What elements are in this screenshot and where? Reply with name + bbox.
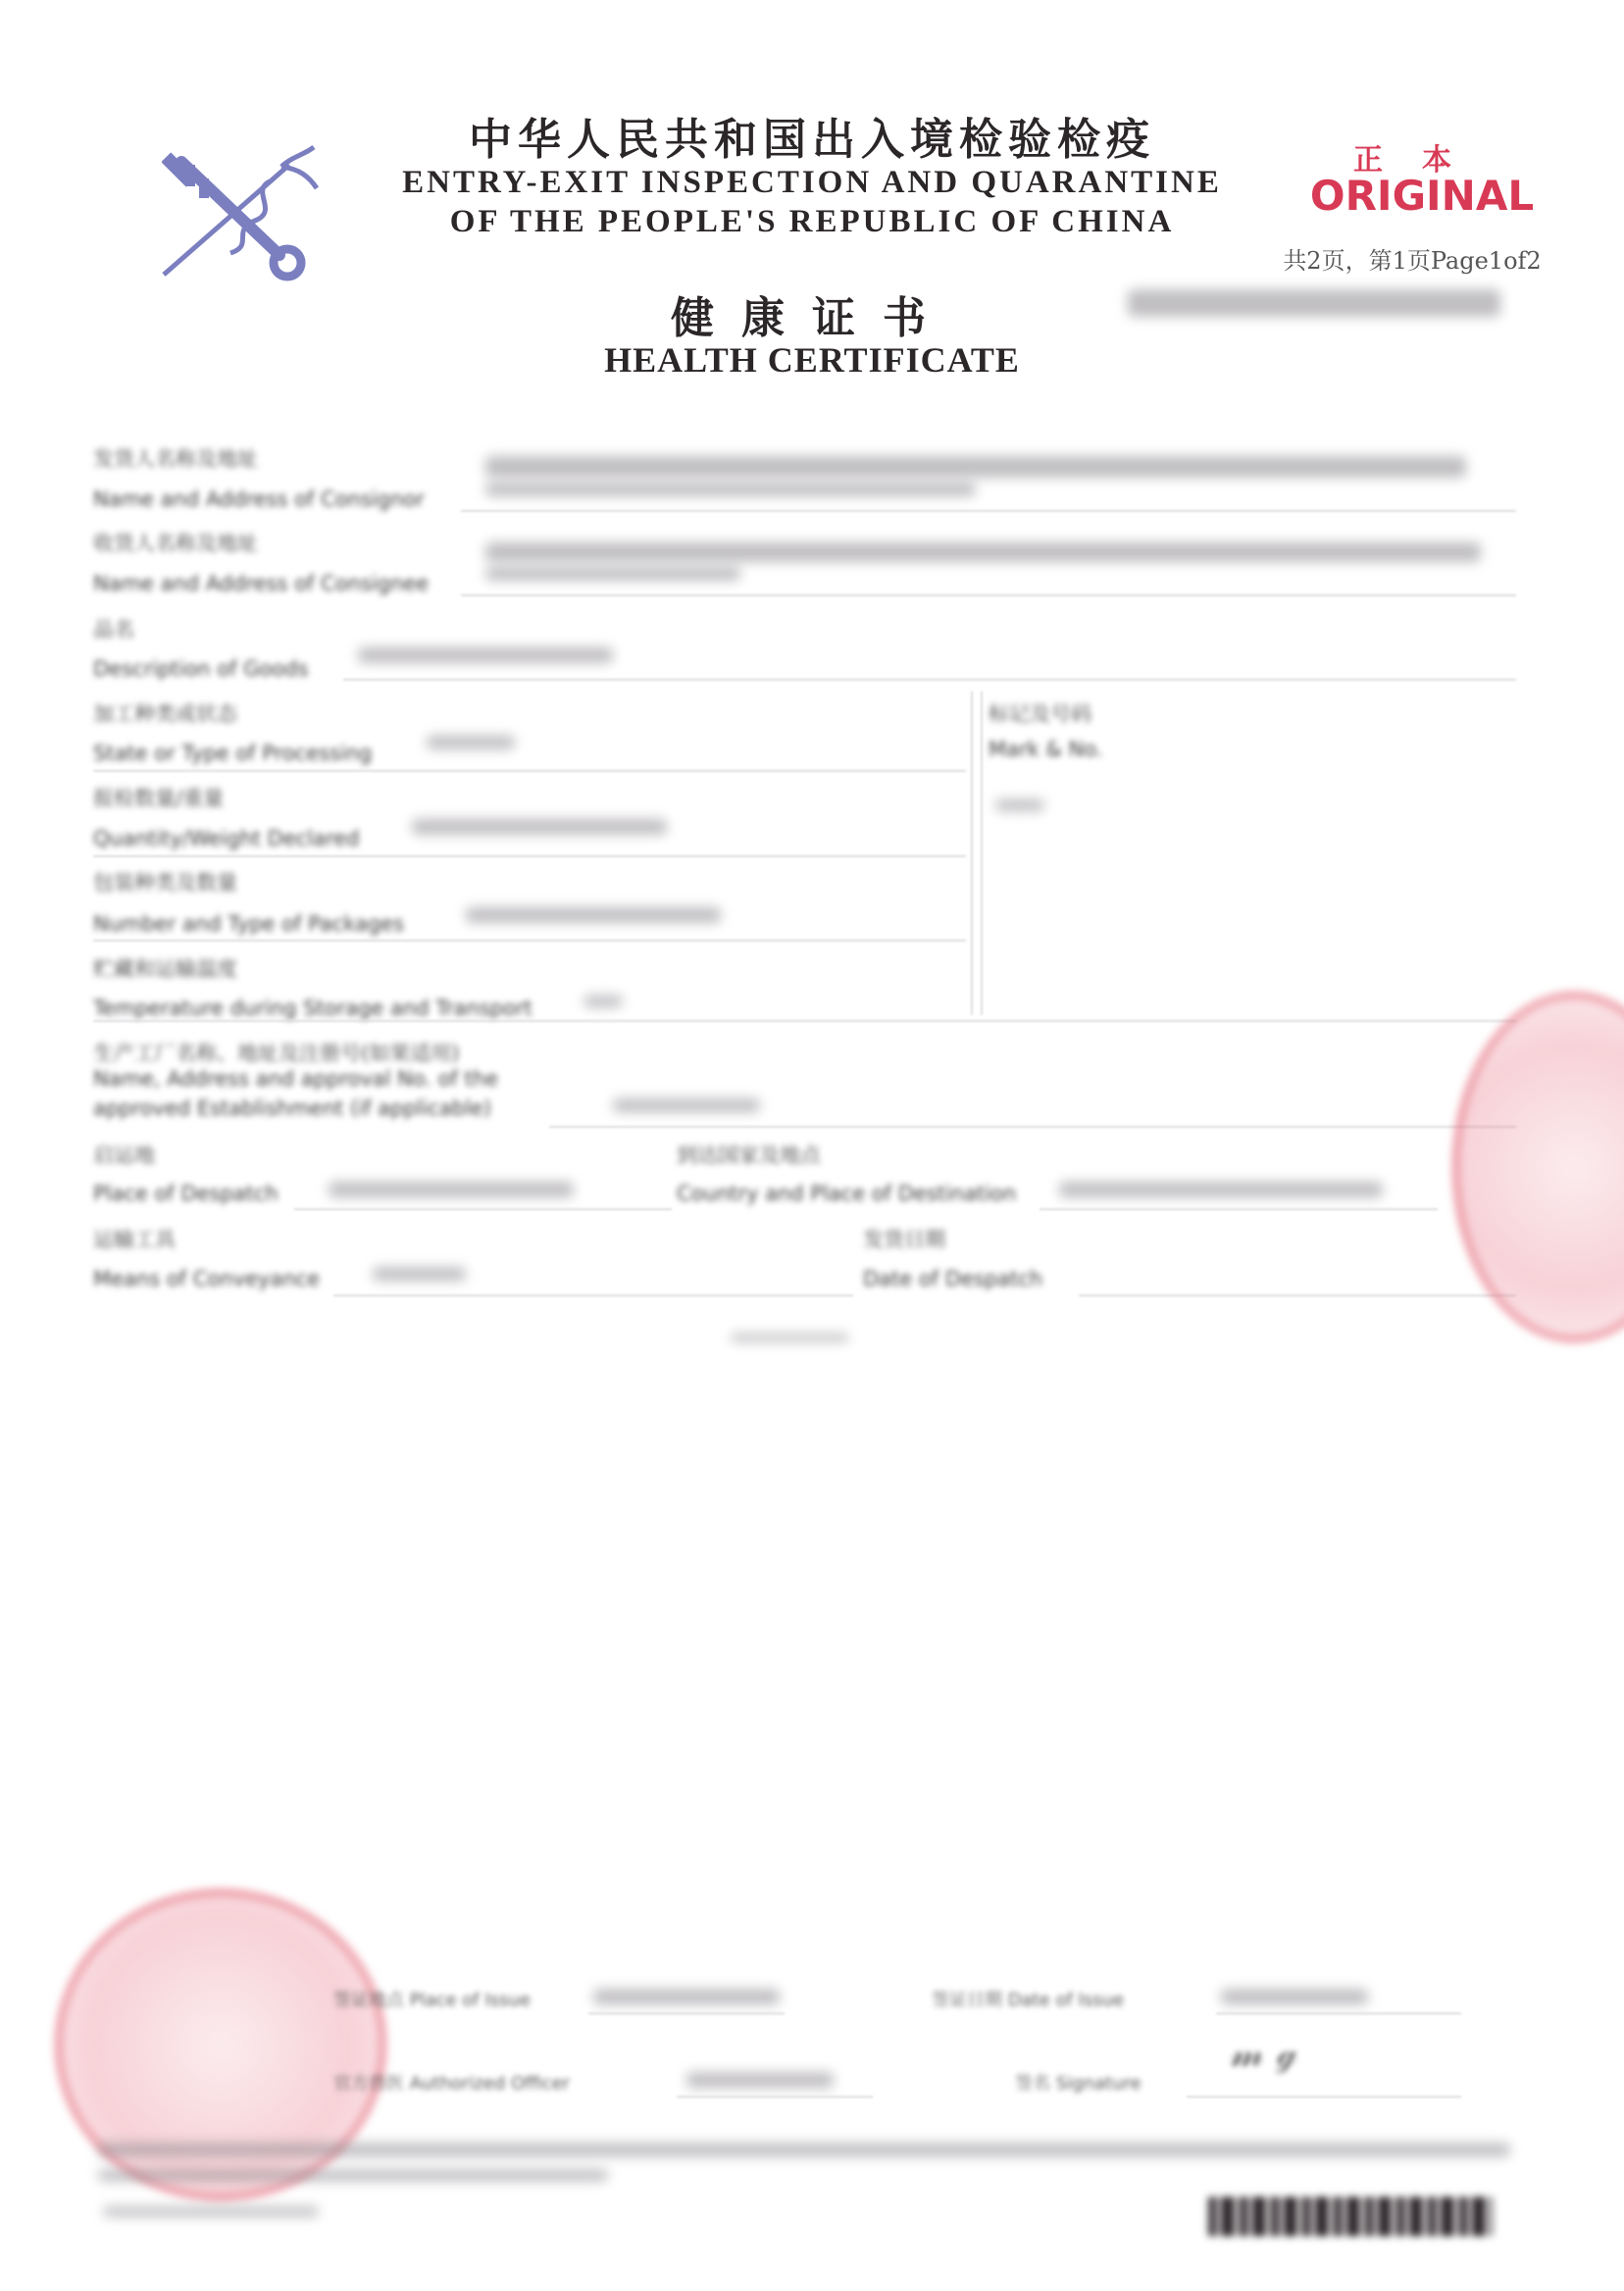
divider [93,855,966,857]
issue-place-value-redacted [593,1989,780,2005]
divider [677,2096,873,2098]
destination-value-redacted [1059,1182,1383,1197]
processing-label-cn: 加工种类或状态 [93,698,237,728]
certificate-title-en: HEALTH CERTIFICATE [0,339,1624,381]
divider [461,510,1516,512]
divider [1216,2012,1461,2014]
marks-label-cn: 标记及号码 [989,698,1091,728]
temperature-value-redacted [584,995,623,1007]
despatch-place-label-en: Place of Despatch [93,1182,279,1205]
packages-label-cn: 包装种类及数量 [93,867,237,896]
divider [93,1020,1516,1022]
despatch-date-label-en: Date of Despatch [863,1267,1042,1291]
packages-label-en: Number and Type of Packages [93,912,404,936]
consignee-value-line2-redacted [485,567,740,581]
temperature-label-en: Temperature during Storage and Transport [93,996,533,1020]
divider [549,1126,1516,1128]
consignor-label-cn: 发货人名称及地址 [93,443,258,473]
processing-value-redacted [427,736,515,749]
official-seal-right [1451,991,1624,1344]
page-indicator: 共2页，第1页Page1of2 [1206,241,1618,276]
processing-label-en: State or Type of Processing [93,741,372,765]
destination-label-en: Country and Place of Destination [677,1182,1016,1205]
divider [1040,1208,1438,1210]
divider [588,2012,785,2014]
issue-date-label: 签证日期 Date of Issue [932,1986,1124,2011]
disclaimer-line2-redacted [98,2169,608,2181]
conveyance-label-cn: 运输工具 [93,1224,176,1253]
establishment-label-en-2: approved Establishment (if applicable) [93,1096,491,1120]
despatch-place-label-cn: 启运地 [93,1140,155,1169]
temperature-label-cn: 贮藏和运输温度 [93,953,237,983]
conveyance-value-redacted [373,1267,466,1281]
consignor-value-line2-redacted [485,483,976,496]
original-mark-en: ORIGINAL [1245,172,1599,220]
quantity-label-cn: 报检数量/重量 [93,783,224,812]
marks-value-redacted [995,799,1044,811]
divider [1079,1295,1516,1297]
conveyance-label-en: Means of Conveyance [93,1267,320,1291]
form-code-redacted [103,2207,319,2216]
certificate-number-redacted [1128,289,1500,317]
consignee-label-cn: 收货人名称及地址 [93,528,258,557]
issue-place-label: 签证地点 Place of Issue [333,1986,531,2011]
issue-date-value-redacted [1221,1989,1368,2005]
packages-value-redacted [466,907,721,923]
quantity-label-en: Quantity/Weight Declared [93,827,359,850]
despatch-date-label-cn: 发货日期 [863,1224,945,1253]
quantity-value-redacted [412,819,667,835]
disclaimer-redacted [98,2143,1510,2157]
signature-label: 签名 Signature [1015,2069,1142,2095]
consignor-value-redacted [485,456,1466,478]
consignee-value-redacted [485,542,1481,562]
establishment-value-redacted [613,1098,760,1112]
divider [343,679,1516,681]
center-mark-redacted [731,1334,848,1342]
signature-mark: 𝓂 ℊ [1231,2030,1298,2075]
marks-label-en: Mark & No. [989,738,1102,761]
barcode [1208,2197,1493,2236]
destination-label-cn: 到达国家及地点 [677,1140,821,1169]
divider [93,770,966,772]
consignee-label-en: Name and Address of Consignee [93,572,429,595]
goods-label-cn: 品名 [93,614,134,643]
divider [461,594,1516,596]
divider [333,1295,853,1297]
goods-label-en: Description of Goods [93,657,308,681]
divider [1187,2096,1461,2098]
goods-value-redacted [358,647,613,663]
officer-value-redacted [686,2072,834,2088]
divider [93,940,966,942]
column-divider [971,691,973,1015]
establishment-label-en-1: Name, Address and approval No. of the [93,1067,498,1091]
column-divider [981,691,983,1015]
despatch-place-value-redacted [329,1182,574,1197]
officer-label: 官方兽医 Authorized Officer [333,2069,570,2095]
establishment-label-cn: 生产工厂名称、地址及注册号(如果适用) [93,1038,459,1067]
consignor-label-en: Name and Address of Consignor [93,487,425,511]
divider [294,1208,672,1210]
